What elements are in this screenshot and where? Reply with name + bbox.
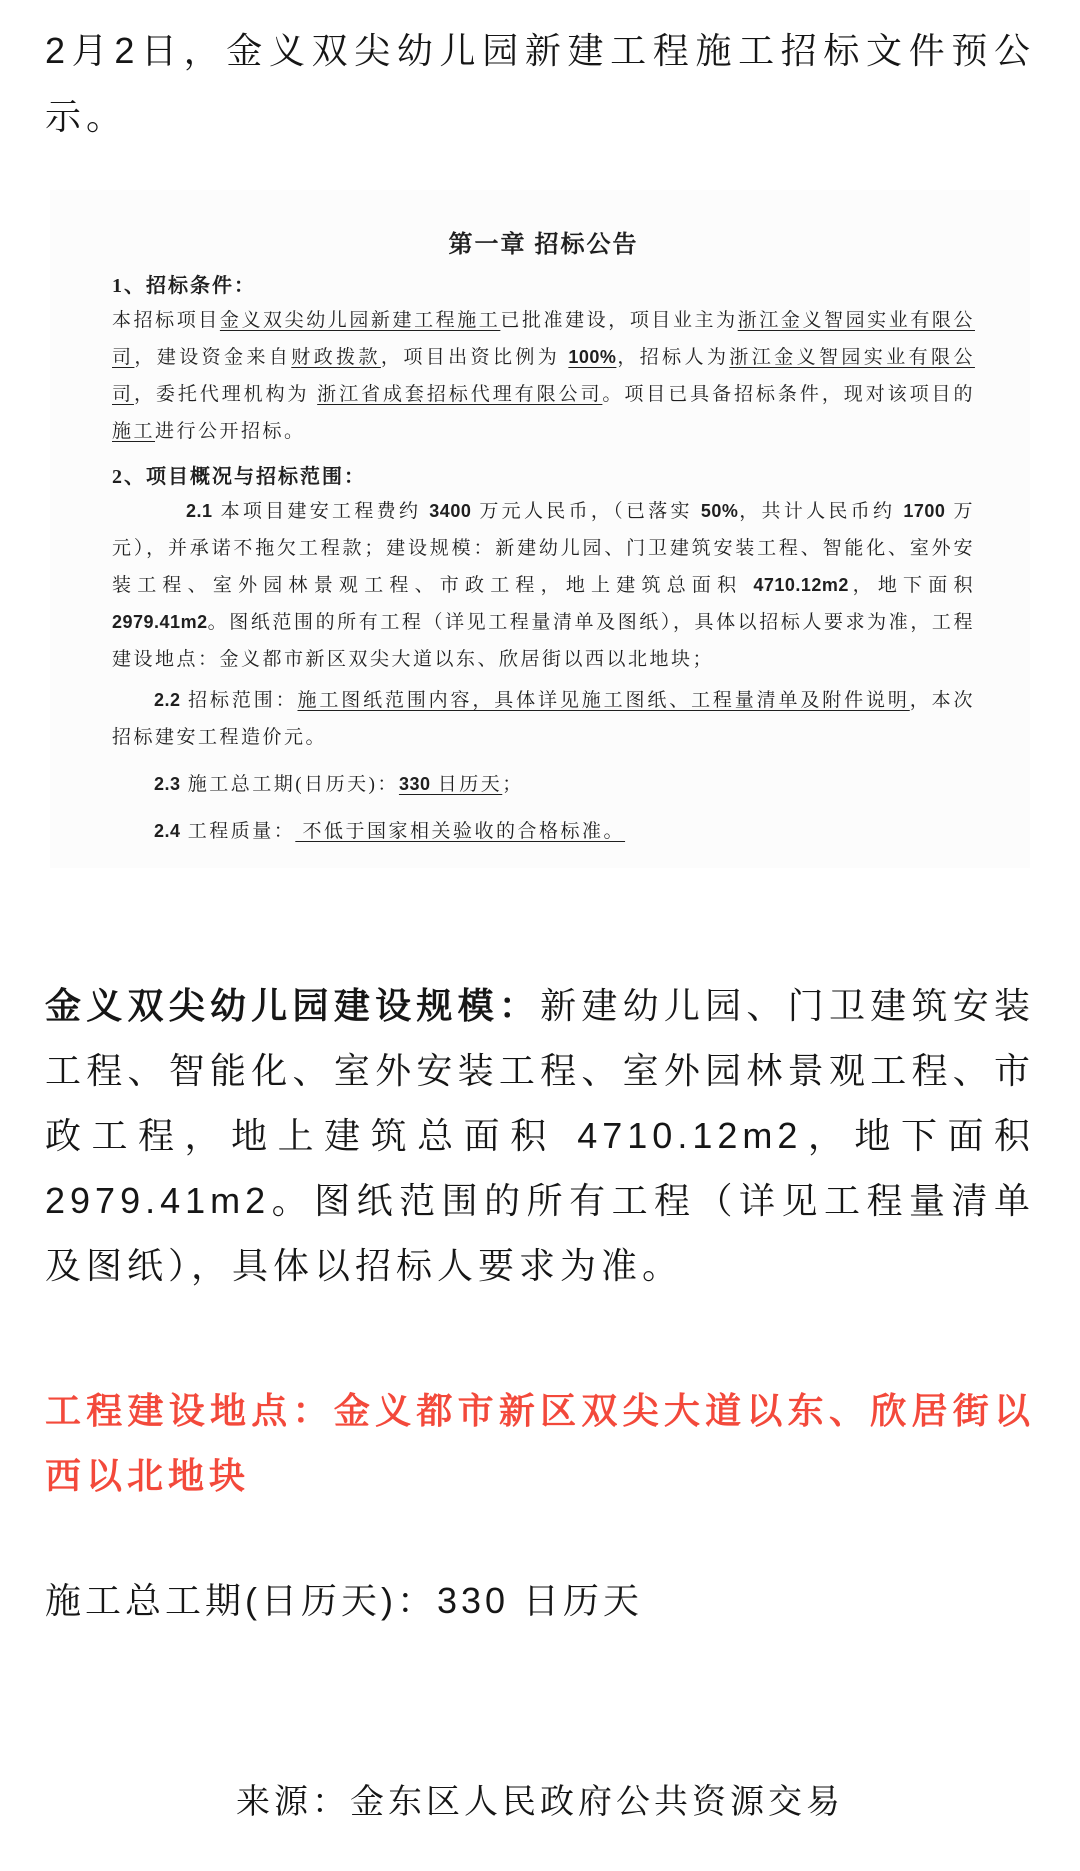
text-run: ，共计人民币约 <box>738 501 903 522</box>
text-run: 100% <box>568 347 616 367</box>
text-run: ，委托代理机构为 <box>134 384 317 405</box>
text-run: 2.2 <box>154 690 181 710</box>
section2-item-2-1: 2.1 本项目建安工程费约 3400 万元人民币，（已落实 50%，共计人民币约… <box>112 493 975 678</box>
text-run: 工程质量： <box>181 821 296 842</box>
text-run: 进行公开招标。 <box>155 421 306 442</box>
text-run: 不低于国家相关验收的合格标准。 <box>295 821 625 842</box>
text-run: 2.4 <box>154 821 181 841</box>
text-run: 施工总工期(日历天)： <box>181 774 399 795</box>
construction-scale-paragraph: 金义双尖幼儿园建设规模：新建幼儿园、门卫建筑安装工程、智能化、室外安装工程、室外… <box>45 973 1035 1298</box>
text-run: 。项目已具备招标条件，现对该项目的 <box>602 384 975 405</box>
section2-item-2-2: 2.2 招标范围：施工图纸范围内容，具体详见施工图纸、工程量清单及附件说明，本次… <box>112 682 975 756</box>
text-run: ，地下面积 <box>849 575 975 596</box>
text-run: 已批准建设，项目业主为 <box>500 310 737 331</box>
text-run: ，招标人为 <box>616 347 729 368</box>
text-run: 招标范围： <box>181 690 298 711</box>
text-run: 本项目建安工程费约 <box>213 501 430 522</box>
text-run: ，项目出资比例为 <box>381 347 568 368</box>
section2-item-2-4: 2.4 工程质量： 不低于国家相关验收的合格标准。 <box>112 813 975 850</box>
document-chapter-title: 第一章 招标公告 <box>112 224 975 259</box>
text-run: 金义双尖幼儿园新建工程施工 <box>220 310 500 331</box>
text-run: 2.1 <box>186 501 213 521</box>
text-run: 日历天 <box>430 774 502 795</box>
source-attribution: 来源：金东区人民政府公共资源交易 <box>45 1778 1035 1826</box>
text-run: 本招标项目 <box>112 310 220 331</box>
text-run: 财政拨款 <box>291 347 381 368</box>
text-run: 1700 <box>903 501 945 521</box>
text-run: 3400 <box>429 501 471 521</box>
intro-paragraph: 2月2日，金义双尖幼儿园新建工程施工招标文件预公示。 <box>45 18 1035 150</box>
text-run: 330 <box>399 774 431 794</box>
construction-period-line: 施工总工期(日历天)：330 日历天 <box>45 1568 1035 1633</box>
section2-heading: 2、项目概况与招标范围： <box>112 460 975 489</box>
text-run: 工程建设地点： <box>45 1390 334 1431</box>
section2-item-2-3: 2.3 施工总工期(日历天)：330 日历天； <box>112 766 975 803</box>
construction-location-paragraph: 工程建设地点：金义都市新区双尖大道以东、欣居街以西以北地块 <box>45 1378 1035 1508</box>
text-run: 万元人民币，（已落实 <box>471 501 701 522</box>
text-run: 金义双尖幼儿园建设规模： <box>45 985 540 1026</box>
article-page: 2月2日，金义双尖幼儿园新建工程施工招标文件预公示。 第一章 招标公告 1、招标… <box>0 0 1080 1871</box>
text-run: 施工 <box>112 421 155 442</box>
tender-document-scan: 第一章 招标公告 1、招标条件： 本招标项目金义双尖幼儿园新建工程施工已批准建设… <box>50 190 1030 868</box>
section1-body: 本招标项目金义双尖幼儿园新建工程施工已批准建设，项目业主为浙江金义智园实业有限公… <box>112 302 975 450</box>
text-run: 50% <box>701 501 739 521</box>
text-run: 2979.41m2 <box>112 612 208 632</box>
text-run: 4710.12m2 <box>753 575 849 595</box>
text-run: 新建幼儿园、门卫建筑安装工程、智能化、室外安装工程、室外园林景观工程、市政工程，… <box>45 985 1035 1286</box>
text-run: 。图纸范围的所有工程（详见工程量清单及图纸），具体以招标人要求为准，工程建设地点… <box>112 612 975 670</box>
text-run: ； <box>502 774 524 795</box>
text-run: 2.3 <box>154 774 181 794</box>
text-run: ，建设资金来自 <box>134 347 291 368</box>
section1-heading: 1、招标条件： <box>112 269 975 298</box>
text-run: 施工图纸范围内容，具体详见施工图纸、工程量清单及附件说明 <box>297 690 909 711</box>
text-run: 浙江省成套招标代理有限公司 <box>317 384 602 405</box>
